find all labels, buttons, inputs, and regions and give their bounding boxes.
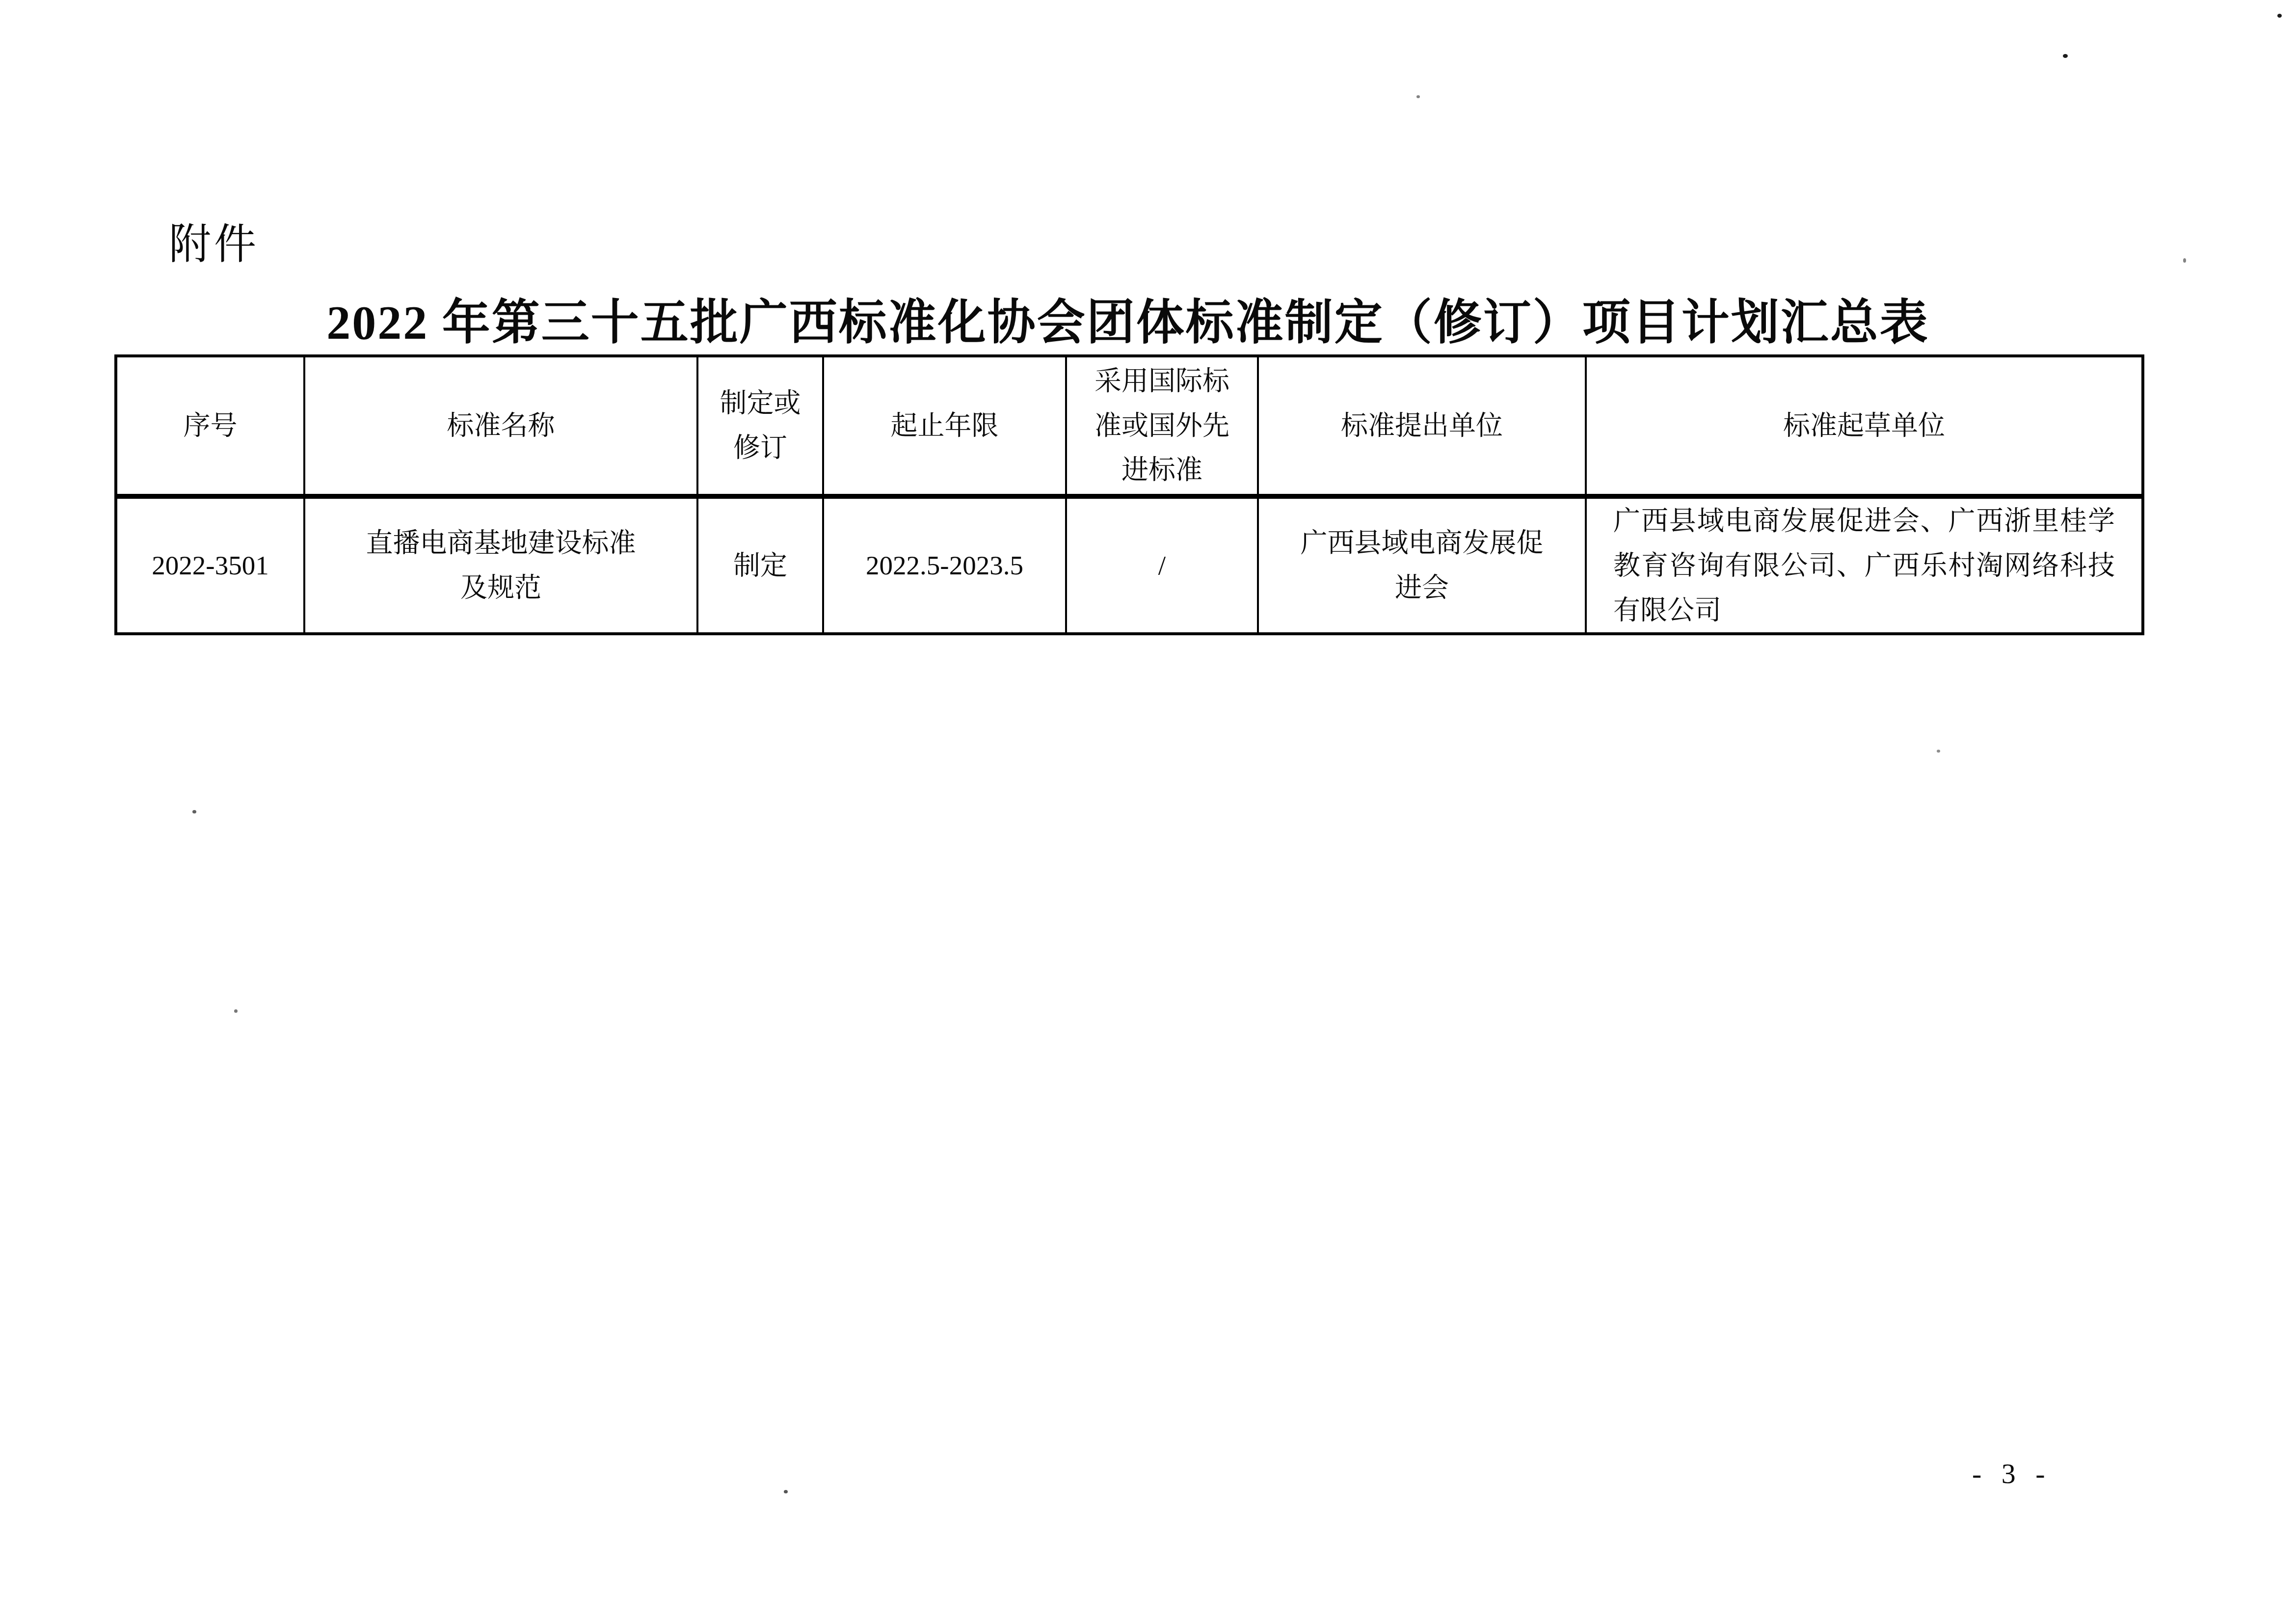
cell-proposing-unit: 广西县域电商发展促进会 [1258,496,1586,634]
document-page: 附件 2022 年第三十五批广西标准化协会团体标准制定（修订）项目计划汇总表 序… [0,0,2296,1623]
attachment-label: 附件 [169,210,259,271]
table-row: 2022-3501 直播电商基地建设标准及规范 制定 2022.5-2023.5… [116,496,2143,634]
cell-serial-number: 2022-3501 [116,496,304,634]
header-formulate-or-revise: 制定或修订 [697,356,823,496]
project-plan-summary-table: 序号 标准名称 制定或修订 起止年限 采用国际标准或国外先进标准 标准提出单位 … [114,354,2144,635]
cell-standard-name: 直播电商基地建设标准及规范 [304,496,697,634]
header-drafting-unit: 标准起草单位 [1586,356,2143,496]
cell-adopt-international: / [1066,496,1258,634]
table-header-row: 序号 标准名称 制定或修订 起止年限 采用国际标准或国外先进标准 标准提出单位 … [116,356,2143,496]
cell-period: 2022.5-2023.5 [823,496,1066,634]
scan-artifact [784,1490,788,1493]
header-adopt-international-standard: 采用国际标准或国外先进标准 [1066,356,1258,496]
scan-artifact [1937,750,1940,753]
scan-artifact [2277,14,2282,18]
header-period: 起止年限 [823,356,1066,496]
scan-artifact [2183,258,2186,263]
cell-formulate-or-revise: 制定 [697,496,823,634]
header-serial-number: 序号 [116,356,304,496]
scan-artifact [192,810,196,813]
document-title: 2022 年第三十五批广西标准化协会团体标准制定（修订）项目计划汇总表 [114,284,2141,353]
header-standard-name: 标准名称 [304,356,697,496]
scan-artifact [234,1009,238,1013]
cell-drafting-units: 广西县域电商发展促进会、广西浙里桂学教育咨询有限公司、广西乐村淘网络科技有限公司 [1586,496,2143,634]
scan-artifact [1416,95,1420,98]
header-proposing-unit: 标准提出单位 [1258,356,1586,496]
scan-artifact [2063,54,2068,58]
page-number: - 3 - [1972,1457,2045,1490]
